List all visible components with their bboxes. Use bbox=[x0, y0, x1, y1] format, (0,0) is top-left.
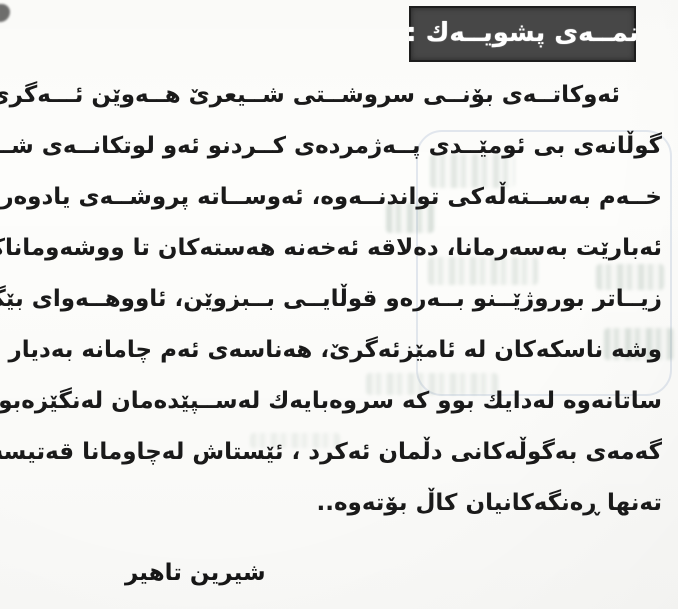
paragraph-line: تەنها ڕەنگەکانیان کاڵ بۆتەوە.. bbox=[14, 478, 662, 529]
paragraph-line: زیــاتر بوروژێــنو بــەرەو قوڵایــی بــب… bbox=[14, 274, 662, 325]
scanned-document-page: نمــەی پشویــەك : ئەوکاتــەی بۆنــی سروش… bbox=[0, 0, 678, 609]
paragraph-line: ئەبارێت بەسەرمانا، دەلاقە ئەخەنە هەستەکا… bbox=[14, 223, 662, 274]
page-title: نمــەی پشویــەك : bbox=[406, 18, 639, 48]
author-signature: شیرین تاهیر bbox=[125, 560, 266, 586]
paragraph-line: خــەم بەســتەڵەکی تواندنــەوە، ئەوســاتە… bbox=[14, 172, 662, 223]
paragraph-line: گەمەی بەگوڵەکانی دڵمان ئەکرد ، ئێستاش لە… bbox=[14, 427, 662, 478]
paragraph-line: گوڵانەی بی ئومێــدی پــەژمردەی کــردنو ئ… bbox=[14, 121, 662, 172]
body-paragraph: ئەوکاتــەی بۆنــی سروشــتی شــیعرێ هــەو… bbox=[14, 70, 662, 529]
title-plate: نمــەی پشویــەك : bbox=[409, 6, 636, 62]
paragraph-line: ئەوکاتــەی بۆنــی سروشــتی شــیعرێ هــەو… bbox=[14, 70, 662, 121]
paragraph-line: وشە ناسکەکان لە ئامێزئەگرێ، هەناسەی ئەم … bbox=[14, 325, 662, 376]
paragraph-line: ساتانەوە لەدایك بوو کە سروەبایەك لەســپێ… bbox=[14, 376, 662, 427]
